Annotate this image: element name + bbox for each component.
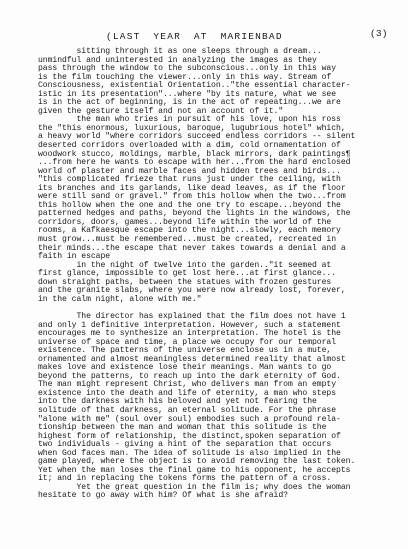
body-text: sitting through it as one sleeps through…: [38, 48, 378, 501]
paragraph-2: The director has explained that the film…: [38, 313, 378, 501]
document-title: (LAST YEAR AT MARIENBAD: [106, 31, 283, 42]
paragraph-1: sitting through it as one sleeps through…: [38, 48, 378, 304]
typewritten-page: (3) (LAST YEAR AT MARIENBAD sitting thro…: [0, 0, 408, 549]
text-line: hesitate to go away with him? Of what is…: [38, 492, 378, 501]
page-number: (3): [370, 28, 388, 39]
text-line: in the calm night, alone with me.": [38, 296, 378, 305]
